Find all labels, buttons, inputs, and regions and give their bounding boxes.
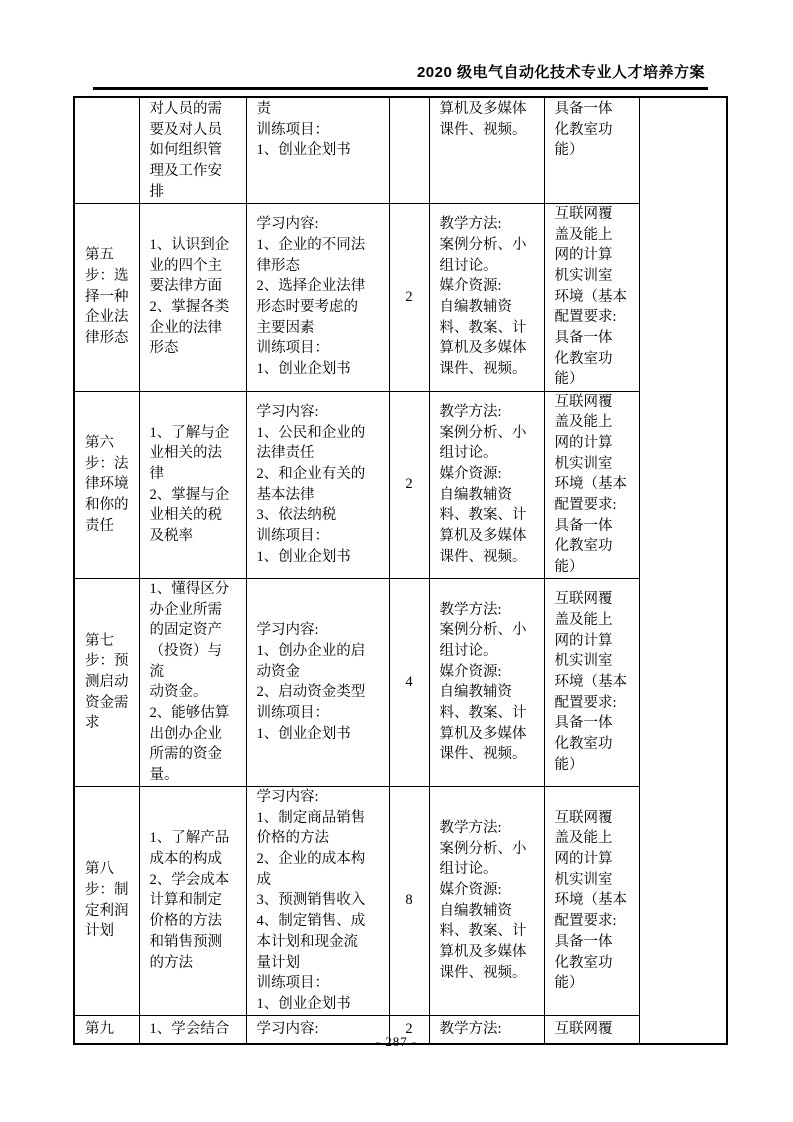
table-row: 第五 步：选 择一种 企业法 律形态 1、认识到企 业的四个主 要法律方面 2、… (74, 203, 727, 391)
environment-cell: 互联网覆 盖及能上 网的计算 机实训室 环境（基本 配置要求: 具备一体 化教室… (544, 203, 639, 391)
step-cell: 第七 步：预 测启动 资金需 求 (74, 578, 139, 786)
content-cell: 学习内容: 1、制定商品销售 价格的方法 2、企业的成本构 成 3、预测销售收入… (246, 786, 389, 1015)
environment-cell: 互联网覆 盖及能上 网的计算 机实训室 环境（基本 配置要求: 具备一体 化教室… (544, 391, 639, 578)
page-header-title: 2020 级电气自动化技术专业人才培养方案 (417, 64, 705, 82)
content-cell: 责 训练项目： 1、创业企划书 (246, 97, 389, 203)
environment-cell: 具备一体 化教室功 能） (544, 97, 639, 203)
environment-cell: 互联网覆 盖及能上 网的计算 机实训室 环境（基本 配置要求: 具备一体 化教室… (544, 786, 639, 1015)
document-page: 2020 级电气自动化技术专业人才培养方案 对人员的需 要及对人员 如何组织管 … (0, 0, 793, 1122)
footer-page-number: - 287 - (0, 1034, 793, 1050)
hours-cell: 4 (389, 578, 429, 786)
hours-cell: 2 (389, 203, 429, 391)
table-row: 第七 步：预 测启动 资金需 求 1、懂得区分 办企业所需 的固定资产 （投资）… (74, 578, 727, 786)
goal-cell: 1、了解与企 业相关的法 律 2、掌握与企 业相关的税 及税率 (139, 391, 246, 578)
method-cell: 教学方法: 案例分析、小 组讨论。 媒介资源: 自编教辅资 料、教案、计 算机及… (429, 203, 544, 391)
step-cell: 第八 步：制 定利润 计划 (74, 786, 139, 1015)
header-double-rule (93, 87, 708, 90)
training-plan-table: 对人员的需 要及对人员 如何组织管 理及工作安 排 责 训练项目： 1、创业企划… (73, 96, 728, 1045)
hours-cell: 2 (389, 391, 429, 578)
content-cell: 学习内容: 1、创办企业的启 动资金 2、启动资金类型 训练项目： 1、创业企划… (246, 578, 389, 786)
content-cell: 学习内容: 1、公民和企业的 法律责任 2、和企业有关的 基本法律 3、依法纳税… (246, 391, 389, 578)
goal-cell: 1、了解产品 成本的构成 2、学会成本 计算和制定 价格的方法 和销售预测 的方… (139, 786, 246, 1015)
content-cell: 学习内容: 1、企业的不同法 律形态 2、选择企业法律 形态时要考虑的 主要因素… (246, 203, 389, 391)
method-cell: 教学方法: 案例分析、小 组讨论。 媒介资源: 自编教辅资 料、教案、计 算机及… (429, 391, 544, 578)
environment-cell: 互联网覆 盖及能上 网的计算 机实训室 环境（基本 配置要求: 具备一体 化教室… (544, 578, 639, 786)
hours-cell: 8 (389, 786, 429, 1015)
method-cell: 算机及多媒体 课件、视频。 (429, 97, 544, 203)
step-cell (74, 97, 139, 203)
goal-cell: 对人员的需 要及对人员 如何组织管 理及工作安 排 (139, 97, 246, 203)
step-cell: 第五 步：选 择一种 企业法 律形态 (74, 203, 139, 391)
table-row: 对人员的需 要及对人员 如何组织管 理及工作安 排 责 训练项目： 1、创业企划… (74, 97, 727, 203)
table-row: 第八 步：制 定利润 计划 1、了解产品 成本的构成 2、学会成本 计算和制定 … (74, 786, 727, 1015)
goal-cell: 1、懂得区分 办企业所需 的固定资产 （投资）与流 动资金。 2、能够估算 出创… (139, 578, 246, 786)
table-row: 第六 步：法 律环境 和你的 责任 1、了解与企 业相关的法 律 2、掌握与企 … (74, 391, 727, 578)
hours-cell (389, 97, 429, 203)
method-cell: 教学方法: 案例分析、小 组讨论。 媒介资源: 自编教辅资 料、教案、计 算机及… (429, 578, 544, 786)
notes-cell (639, 97, 727, 1044)
method-cell: 教学方法: 案例分析、小 组讨论。 媒介资源: 自编教辅资 料、教案、计 算机及… (429, 786, 544, 1015)
step-cell: 第六 步：法 律环境 和你的 责任 (74, 391, 139, 578)
goal-cell: 1、认识到企 业的四个主 要法律方面 2、掌握各类 企业的法律 形态 (139, 203, 246, 391)
